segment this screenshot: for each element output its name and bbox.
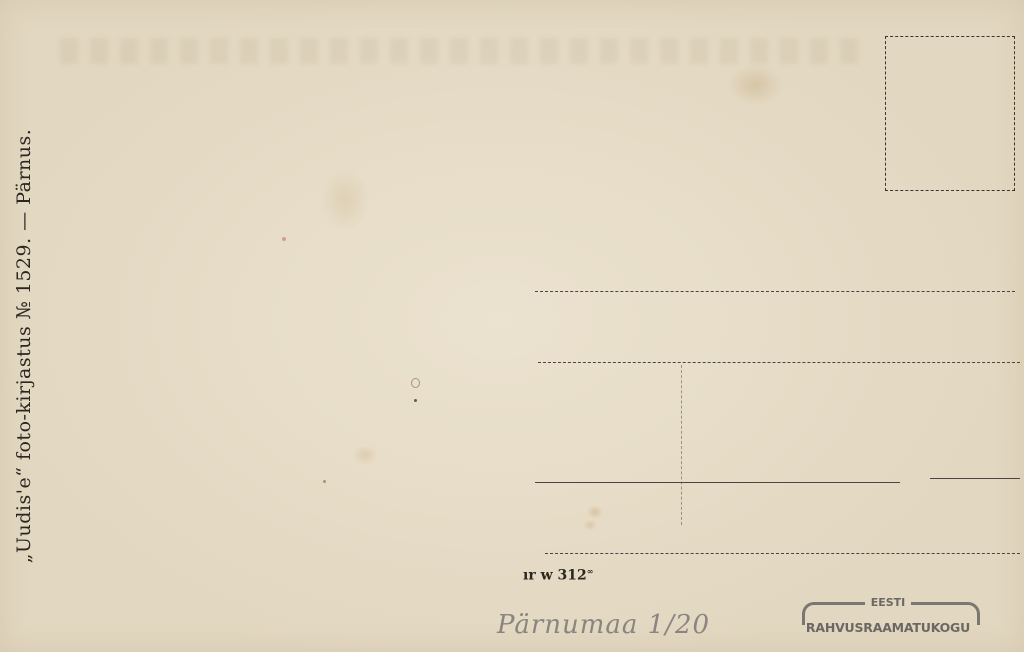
bleed-through-text bbox=[60, 38, 860, 64]
print-code-superscript: ∞ bbox=[587, 566, 594, 576]
stain-spot bbox=[411, 378, 420, 388]
print-code: ır w 312∞ bbox=[523, 566, 593, 584]
stamp-bottom-text: RAHVUSRAAMATUKOGU bbox=[798, 620, 978, 635]
address-line-3 bbox=[535, 482, 900, 483]
publisher-imprint: „Uudis'e“ foto-kirjastus № 1529. — Pärnu… bbox=[4, 46, 44, 646]
address-line-4 bbox=[545, 553, 1020, 554]
library-stamp: EESTI RAHVUSRAAMATUKOGU bbox=[798, 598, 978, 642]
address-line-3-end bbox=[930, 478, 1020, 479]
stain-dot bbox=[282, 237, 286, 241]
faint-fold-line bbox=[681, 365, 682, 525]
stain-dot bbox=[323, 480, 326, 483]
postcard-back: „Uudis'e“ foto-kirjastus № 1529. — Pärnu… bbox=[0, 0, 1024, 652]
address-line-1 bbox=[535, 291, 1015, 292]
print-code-text: ır w 312 bbox=[523, 568, 587, 584]
address-line-2 bbox=[538, 362, 1020, 363]
stain-dot bbox=[414, 399, 417, 402]
stamp-placeholder-box bbox=[885, 36, 1015, 191]
stamp-top-text: EESTI bbox=[798, 596, 978, 609]
handwritten-note: Pärnumaa 1/20 bbox=[497, 610, 710, 640]
